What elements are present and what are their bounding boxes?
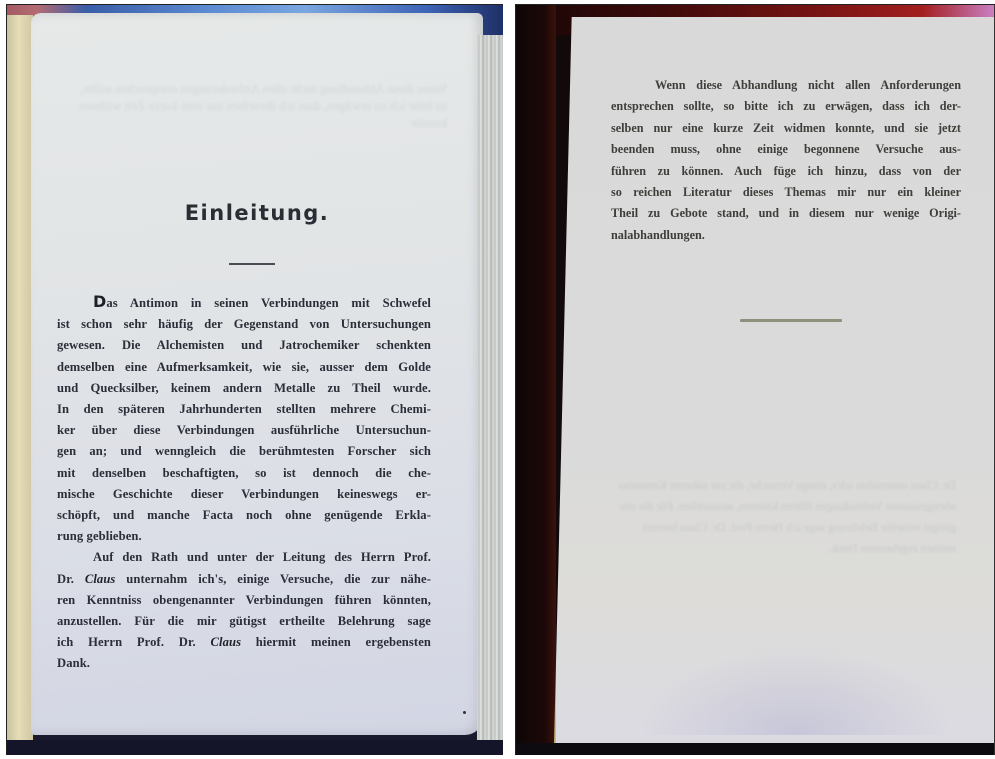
section-end-rule — [740, 319, 842, 322]
text-line: mische Geschichte dieser Verbindungen ke… — [57, 484, 431, 505]
text-line: Dank. — [57, 653, 431, 674]
name-claus: Claus — [85, 572, 116, 586]
chapter-heading: Einleitung. — [31, 201, 483, 225]
cover-bottom-edge — [7, 740, 503, 755]
name-claus: Claus — [210, 635, 241, 649]
text-line: entsprechen sollte, so bitte ich zu erwä… — [611, 96, 961, 117]
text-line: Dr. Claus unternahm ich's, einige Versuc… — [57, 569, 431, 590]
text-line: beenden muss, ohne einige begonnene Vers… — [611, 139, 961, 160]
text-line: Wenn diese Abhandlung nicht allen Anford… — [611, 75, 961, 96]
text-line: Theil zu Gebote stand, und in diesem nur… — [611, 203, 961, 224]
closing-paragraph: Wenn diese Abhandlung nicht allen Anford… — [611, 75, 961, 246]
drop-cap: D — [93, 292, 106, 311]
introduction-text: Das Antimon in seinen Verbindungen mit S… — [57, 291, 431, 675]
text-line: gen an; und wenngleich die berühmtesten … — [57, 441, 431, 462]
text-line: so reichen Literatur dieses Themas mir n… — [611, 182, 961, 203]
text-line: selben nur eine kurze Zeit widmen konnte… — [611, 118, 961, 139]
text-line: nalabhandlungen. — [611, 225, 961, 246]
text-line: mit denselben beschaftigten, so ist denn… — [57, 463, 431, 484]
text-line: ich Herrn Prof. Dr. Claus hiermit meinen… — [57, 632, 431, 653]
left-page-photo: Wenn diese Abhandlung nicht allen Anford… — [6, 4, 503, 755]
text-line: schöpft, und manche Facta noch ohne genü… — [57, 505, 431, 526]
right-page-photo: Wenn diese Abhandlung nicht allen Anford… — [515, 4, 995, 755]
text-line: anzustellen. Für die mir gütigst ertheil… — [57, 611, 431, 632]
bleed-through-text: Wenn diese Abhandlung nicht allen Anford… — [67, 80, 447, 131]
text-line: und Quecksilber, keinem andern Metalle z… — [57, 378, 431, 399]
text-line: ren Kenntniss obengenannter Verbindungen… — [57, 590, 431, 611]
ink-speck — [463, 711, 466, 714]
heading-rule — [229, 263, 275, 265]
page-gutter — [7, 15, 33, 750]
text-line: In den späteren Jahrhunderten stellten m… — [57, 399, 431, 420]
book-spine — [516, 5, 556, 755]
cover-bottom-edge — [516, 743, 994, 755]
text-line: ist schon sehr häufig der Gegenstand von… — [57, 314, 431, 335]
shadow — [636, 645, 956, 735]
text-line: demselben eine Aufmerksamkeit, wie sie, … — [57, 357, 431, 378]
paragraph-2: Auf den Rath und unter der Leitung des H… — [57, 547, 431, 674]
page-edges — [477, 35, 503, 740]
bleed-through-text: Dr. Claus unternahm ich's, einige Versuc… — [616, 475, 956, 559]
text-line: Auf den Rath und unter der Leitung des H… — [57, 547, 431, 568]
text-line: Das Antimon in seinen Verbindungen mit S… — [57, 291, 431, 314]
text-line: gewesen. Die Alchemisten und Jatrochemik… — [57, 335, 431, 356]
text-line: rung geblieben. — [57, 526, 431, 547]
text-line: führen zu können. Auch füge ich hinzu, d… — [611, 161, 961, 182]
text-line: ker über diese Verbindungen ausführliche… — [57, 420, 431, 441]
paragraph-1: Das Antimon in seinen Verbindungen mit S… — [57, 291, 431, 547]
